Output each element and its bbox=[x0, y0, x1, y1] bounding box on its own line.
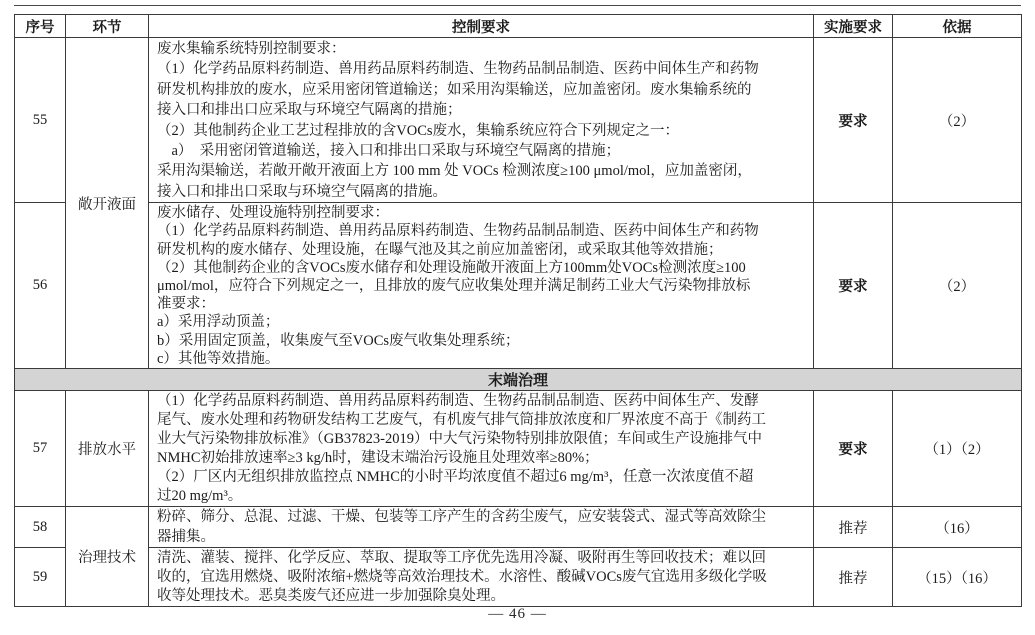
section-header: 末端治理 bbox=[15, 369, 1022, 391]
page-number: — 46 — bbox=[0, 606, 1035, 623]
row-number-cell: 56 bbox=[15, 203, 66, 369]
table-row: 59 清洗、灌装、搅拌、化学反应、萃取、提取等工序优先选用冷凝、吸附再生等回收技… bbox=[15, 548, 1022, 607]
implementation-cell: 要求 bbox=[814, 203, 893, 369]
column-header-stage: 环节 bbox=[66, 15, 149, 38]
requirement-cell: 废水集输系统特别控制要求： （1）化学药品原料药制造、兽用药品原料药制造、生物药… bbox=[149, 38, 814, 203]
row-number-cell: 58 bbox=[15, 507, 66, 548]
row-number-cell: 59 bbox=[15, 548, 66, 607]
basis-cell: （16） bbox=[893, 507, 1022, 548]
basis-cell: （2） bbox=[893, 203, 1022, 369]
row-number-cell: 55 bbox=[15, 38, 66, 203]
requirement-cell: （1）化学药品原料药制造、兽用药品原料药制造、生物药品制品制造、医药中间体生产、… bbox=[149, 391, 814, 507]
table-header-row: 序号 环节 控制要求 实施要求 依据 bbox=[15, 15, 1022, 38]
table-row: 56 废水储存、处理设施特别控制要求： （1）化学药品原料药制造、兽用药品原料药… bbox=[15, 203, 1022, 369]
document-page: 序号 环节 控制要求 实施要求 依据 55 敞开液面 废水集输系统特别控制要求：… bbox=[0, 0, 1035, 635]
basis-cell: （1）（2） bbox=[893, 391, 1022, 507]
table-row: 55 敞开液面 废水集输系统特别控制要求： （1）化学药品原料药制造、兽用药品原… bbox=[15, 38, 1022, 203]
table-row: 58 治理技术 粉碎、筛分、总混、过滤、干燥、包装等工序产生的含药尘废气，应安装… bbox=[15, 507, 1022, 548]
column-header-implementation: 实施要求 bbox=[814, 15, 893, 38]
basis-cell: （2） bbox=[893, 38, 1022, 203]
implementation-cell: 要求 bbox=[814, 391, 893, 507]
column-header-requirement: 控制要求 bbox=[149, 15, 814, 38]
stage-cell: 敞开液面 bbox=[66, 38, 149, 369]
control-requirements-table: 序号 环节 控制要求 实施要求 依据 55 敞开液面 废水集输系统特别控制要求：… bbox=[14, 14, 1022, 607]
column-header-basis: 依据 bbox=[893, 15, 1022, 38]
implementation-cell: 推荐 bbox=[814, 548, 893, 607]
stage-cell: 治理技术 bbox=[66, 507, 149, 607]
column-header-no: 序号 bbox=[15, 15, 66, 38]
implementation-cell: 推荐 bbox=[814, 507, 893, 548]
table-row: 57 排放水平 （1）化学药品原料药制造、兽用药品原料药制造、生物药品制品制造、… bbox=[15, 391, 1022, 507]
implementation-cell: 要求 bbox=[814, 38, 893, 203]
basis-cell: （15）（16） bbox=[893, 548, 1022, 607]
section-header-row: 末端治理 bbox=[15, 369, 1022, 391]
requirement-cell: 清洗、灌装、搅拌、化学反应、萃取、提取等工序优先选用冷凝、吸附再生等回收技术；难… bbox=[149, 548, 814, 607]
requirement-cell: 废水储存、处理设施特别控制要求： （1）化学药品原料药制造、兽用药品原料药制造、… bbox=[149, 203, 814, 369]
stage-cell: 排放水平 bbox=[66, 391, 149, 507]
requirement-cell: 粉碎、筛分、总混、过滤、干燥、包装等工序产生的含药尘废气，应安装袋式、湿式等高效… bbox=[149, 507, 814, 548]
top-rule-divider bbox=[14, 5, 1021, 6]
row-number-cell: 57 bbox=[15, 391, 66, 507]
